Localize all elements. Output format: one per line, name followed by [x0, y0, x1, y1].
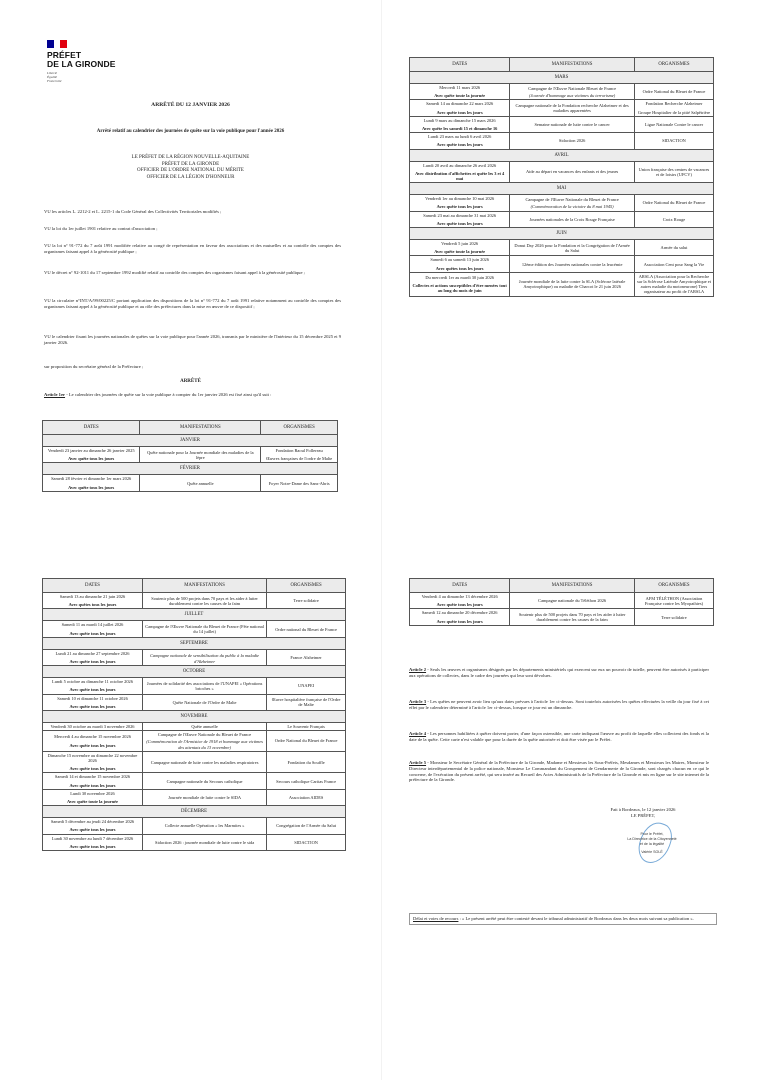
- month-label: JUIN: [410, 228, 714, 240]
- organisms-cell: Ordre National du Bleuet de France: [634, 195, 713, 211]
- month-label: JANVIER: [43, 435, 338, 447]
- column-header: MANIFESTATIONS: [142, 579, 266, 593]
- event-cell: Campagne de l'Œuvre Nationale du Bleuet …: [142, 621, 266, 637]
- event-cell: Quête nationale pour la Journée mondiale…: [140, 447, 261, 463]
- organisms-cell: Foyer Notre-Dame des Sans-Abris: [261, 475, 338, 491]
- article-5: Article 5 - Monsieur le Secrétaire Génér…: [409, 760, 709, 783]
- table-row: Samedi 23 mai au dimanche 31 mai 2026Ave…: [410, 211, 714, 227]
- table-row: Vendredi 1er au dimanche 10 mai 2026Avec…: [410, 195, 714, 211]
- event-cell: Journées nationales de la Croix Rouge Fr…: [510, 211, 635, 227]
- month-label: NOVEMBRE: [43, 711, 346, 723]
- table-row: Samedi 11 au mardi 14 juillet 2026Avec q…: [43, 621, 346, 637]
- column-header: ORGANISMES: [261, 421, 338, 435]
- date-cell: Samedi 10 et dimanche 11 octobre 2026Ave…: [43, 694, 143, 710]
- organisms-cell: SIDACTION: [634, 133, 713, 149]
- date-cell: Vendredi 23 janvier au dimanche 26 janvi…: [43, 447, 140, 463]
- date-cell: Samedi 13 au dimanche 21 juin 2026Avec q…: [43, 593, 143, 609]
- event-cell: Aide au départ en vacances des enfants e…: [510, 161, 635, 183]
- event-cell: 12ème édition des Journées nationales co…: [510, 256, 635, 272]
- date-cell: Lundi 20 avril au dimanche 26 avril 2026…: [410, 161, 510, 183]
- event-cell: Donut Day 2026 pour la Fondation et la C…: [510, 240, 635, 256]
- month-label: MAI: [410, 183, 714, 195]
- event-cell: Campagne nationale de la Fondation reche…: [510, 100, 635, 116]
- date-cell: Samedi 28 février et dimanche 1er mars 2…: [43, 475, 140, 491]
- month-label: DÉCEMBRE: [43, 806, 346, 818]
- date-cell: Vendredi 4 au dimanche 13 décembre 2026A…: [410, 593, 510, 609]
- motto: LibertéÉgalitéFraternité: [47, 71, 116, 83]
- arrete-heading: ARRÊTÉ: [0, 379, 381, 384]
- date-cell: Samedi 12 au dimanche 20 décembre 2026Av…: [410, 609, 510, 625]
- column-header: ORGANISMES: [634, 58, 713, 72]
- visa-4: VU le décret n° 92-1011 du 17 septembre …: [44, 270, 341, 276]
- proposal: sur proposition du secrétaire général de…: [44, 364, 341, 370]
- date-cell: Mercredi 11 mars 2026Avec quête toute la…: [410, 84, 510, 100]
- month-label: FÉVRIER: [43, 463, 338, 475]
- date-cell: Lundi 23 mars au lundi 6 avril 2026Avec …: [410, 133, 510, 149]
- table-row: Vendredi 4 au dimanche 13 décembre 2026A…: [410, 593, 714, 609]
- date-cell: Du mercredi 1er au mardi 30 juin 2026Col…: [410, 272, 510, 296]
- table-row: Du mercredi 1er au mardi 30 juin 2026Col…: [410, 272, 714, 296]
- table-header-row: DATESMANIFESTATIONSORGANISMES: [410, 58, 714, 72]
- table-row: Lundi 30 novembre 2026Avec quête toute l…: [43, 789, 346, 805]
- organisms-cell: ARSLA (Association pour la Recherche sur…: [634, 272, 713, 296]
- table-header-row: DATESMANIFESTATIONSORGANISMES: [410, 579, 714, 593]
- article-1: Article 1er - Le calendrier des journées…: [44, 392, 341, 398]
- month-label: AVRIL: [410, 149, 714, 161]
- event-cell: Quête annuelle: [140, 475, 261, 491]
- month-label: OCTOBRE: [43, 666, 346, 678]
- document-title: ARRÊTÉ DU 12 JANVIER 2026: [0, 102, 381, 108]
- date-cell: Samedi 14 et dimanche 15 novembre 2026Av…: [43, 773, 143, 789]
- month-row: JANVIER: [43, 435, 338, 447]
- event-cell: Campagne nationale de lutte contre les m…: [142, 751, 266, 773]
- table-row: Samedi 12 au dimanche 20 décembre 2026Av…: [410, 609, 714, 625]
- event-cell: Campagne de l'Œuvre Nationale Bleuet de …: [510, 84, 635, 100]
- table-header-row: DATESMANIFESTATIONSORGANISMES: [43, 579, 346, 593]
- authority-block: LE PRÉFET DE LA RÉGION NOUVELLE-AQUITAIN…: [0, 155, 381, 181]
- article-3: Article 3 - Les quêtes ne peuvent avoir …: [409, 699, 709, 711]
- column-header: DATES: [410, 579, 510, 593]
- organisms-cell: Fondation du Souffle: [267, 751, 346, 773]
- date-cell: Vendredi 5 juin 2026Avec quête toute la …: [410, 240, 510, 256]
- event-cell: Quête annuelle: [142, 723, 266, 731]
- date-cell: Vendredi 30 octobre au mardi 3 novembre …: [43, 723, 143, 731]
- date-cell: Mercredi 4 au dimanche 15 novembre 2026A…: [43, 731, 143, 752]
- column-header: MANIFESTATIONS: [510, 58, 635, 72]
- month-label: SEPTEMBRE: [43, 637, 346, 649]
- event-cell: Campagne de l'Œuvre Nationale du Bleuet …: [510, 195, 635, 211]
- table-row: Vendredi 23 janvier au dimanche 26 janvi…: [43, 447, 338, 463]
- event-cell: Collecte annuelle Opération « les Marmit…: [142, 818, 266, 834]
- column-header: DATES: [410, 58, 510, 72]
- date-cell: Lundi 9 mars au dimanche 15 mars 2026Ave…: [410, 116, 510, 132]
- event-cell: Campagne de l'Œuvre Nationale du Bleuet …: [142, 731, 266, 752]
- month-row: MAI: [410, 183, 714, 195]
- table-row: Samedi 28 février et dimanche 1er mars 2…: [43, 475, 338, 491]
- marianne-flag-icon: [47, 40, 67, 48]
- calendar-table-page-4: DATESMANIFESTATIONSORGANISMESVendredi 4 …: [409, 578, 714, 626]
- organisms-cell: Fondation Recherche AlzheimerGroupe Hosp…: [634, 100, 713, 116]
- event-cell: Quête Nationale de l'Ordre de Malte: [142, 694, 266, 710]
- organisms-cell: Croix Rouge: [634, 211, 713, 227]
- calendar-table-page-3: DATESMANIFESTATIONSORGANISMESSamedi 13 a…: [42, 578, 346, 851]
- signature-place-date: Fait à Bordeaux, le 12 janvier 2026 LE P…: [598, 807, 688, 818]
- table-row: Lundi 23 mars au lundi 6 avril 2026Avec …: [410, 133, 714, 149]
- organisms-cell: Ordre national du Bleuet de France: [267, 621, 346, 637]
- month-row: NOVEMBRE: [43, 711, 346, 723]
- column-header: ORGANISMES: [267, 579, 346, 593]
- organisms-cell: Ligue Nationale Contre le cancer: [634, 116, 713, 132]
- table-row: Vendredi 5 juin 2026Avec quête toute la …: [410, 240, 714, 256]
- organisms-cell: Association Cent pour Sang la Vie: [634, 256, 713, 272]
- date-cell: Samedi 23 mai au dimanche 31 mai 2026Ave…: [410, 211, 510, 227]
- organisms-cell: Congrégation de l'Armée du Salut: [267, 818, 346, 834]
- table-row: Samedi 10 et dimanche 11 octobre 2026Ave…: [43, 694, 346, 710]
- event-cell: Sidaction 2026: [510, 133, 635, 149]
- event-cell: Journée mondiale de lutte contre le SIDA: [142, 789, 266, 805]
- date-cell: Vendredi 1er au dimanche 10 mai 2026Avec…: [410, 195, 510, 211]
- date-cell: Lundi 5 octobre au dimanche 11 octobre 2…: [43, 678, 143, 694]
- visa-1: VU les articles L. 2212-2 et L. 2215-1 d…: [44, 209, 341, 215]
- table-row: Samedi 13 au dimanche 21 juin 2026Avec q…: [43, 593, 346, 609]
- month-row: DÉCEMBRE: [43, 806, 346, 818]
- event-cell: Soutenir plus de 500 projets dans 70 pay…: [510, 609, 635, 625]
- document-subtitle: Arrêté relatif au calendrier des journée…: [0, 129, 381, 134]
- date-cell: Samedi 5 décembre au jeudi 24 décembre 2…: [43, 818, 143, 834]
- organisms-cell: SIDACTION: [267, 834, 346, 850]
- organisms-cell: Armée du salut: [634, 240, 713, 256]
- table-row: Mercredi 11 mars 2026Avec quête toute la…: [410, 84, 714, 100]
- date-cell: Samedi 6 au samedi 13 juin 2026Avec quêt…: [410, 256, 510, 272]
- table-row: Lundi 21 au dimanche 27 septembre 2026Av…: [43, 649, 346, 665]
- table-row: Lundi 20 avril au dimanche 26 avril 2026…: [410, 161, 714, 183]
- month-row: OCTOBRE: [43, 666, 346, 678]
- organisms-cell: France Alzheimer: [267, 649, 346, 665]
- signature-block: Pour le Préfet,La Directrice de la Citoy…: [612, 832, 692, 855]
- event-cell: Semaine nationale de lutte contre le can…: [510, 116, 635, 132]
- event-cell: Campagne nationale de sensibilisation du…: [142, 649, 266, 665]
- article-2: Article 2 - Seuls les œuvres et organism…: [409, 667, 709, 679]
- table-row: Lundi 30 novembre au lundi 7 décembre 20…: [43, 834, 346, 850]
- month-row: FÉVRIER: [43, 463, 338, 475]
- table-row: Samedi 5 décembre au jeudi 24 décembre 2…: [43, 818, 346, 834]
- table-row: Lundi 5 octobre au dimanche 11 octobre 2…: [43, 678, 346, 694]
- table-row: Vendredi 30 octobre au mardi 3 novembre …: [43, 723, 346, 731]
- event-cell: Journées de solidarité des associations …: [142, 678, 266, 694]
- month-label: MARS: [410, 72, 714, 84]
- column-header: DATES: [43, 421, 140, 435]
- organisms-cell: Terre solidaire: [634, 609, 713, 625]
- table-header-row: DATESMANIFESTATIONSORGANISMES: [43, 421, 338, 435]
- organisms-cell: UNAPEI: [267, 678, 346, 694]
- organisms-cell: Union française des centres de vacances …: [634, 161, 713, 183]
- event-cell: Journée mondiale de la lutte contre la S…: [510, 272, 635, 296]
- date-cell: Lundi 30 novembre au lundi 7 décembre 20…: [43, 834, 143, 850]
- organisms-cell: Secours catholique Caritas France: [267, 773, 346, 789]
- month-row: MARS: [410, 72, 714, 84]
- organisms-cell: Le Souvenir Français: [267, 723, 346, 731]
- date-cell: Samedi 14 au dimanche 22 mars 2026Avec q…: [410, 100, 510, 116]
- month-row: JUIN: [410, 228, 714, 240]
- column-header: DATES: [43, 579, 143, 593]
- event-cell: Campagne nationale du Téléthon 2026: [510, 593, 635, 609]
- date-cell: Samedi 11 au mardi 14 juillet 2026Avec q…: [43, 621, 143, 637]
- logo-line-2: DE LA GIRONDE: [47, 60, 116, 69]
- organisms-cell: Fondation Raoul FollereauŒuvres français…: [261, 447, 338, 463]
- table-row: Samedi 14 au dimanche 22 mars 2026Avec q…: [410, 100, 714, 116]
- table-row: Dimanche 15 novembre au dimanche 22 nove…: [43, 751, 346, 773]
- organisms-cell: Œuvre hospitalière française de l'Ordre …: [267, 694, 346, 710]
- organisms-cell: Ordre National du Bleuet de France: [267, 731, 346, 752]
- visa-2: VU la loi du 1er juillet 1901 relative a…: [44, 226, 341, 232]
- prefecture-logo: PRÉFET DE LA GIRONDE LibertéÉgalitéFrate…: [47, 40, 116, 83]
- visa-6: VU le calendrier fixant les journées nat…: [44, 334, 341, 346]
- organisms-cell: Terre solidaire: [267, 593, 346, 609]
- visa-3: VU la loi n° 91-772 du 7 août 1991 modif…: [44, 243, 341, 255]
- visa-5: VU la circulaire n°INT/A/99/00225/C port…: [44, 298, 341, 310]
- event-cell: Campagne nationale du Secours catholique: [142, 773, 266, 789]
- month-row: JUILLET: [43, 609, 346, 621]
- table-row: Samedi 14 et dimanche 15 novembre 2026Av…: [43, 773, 346, 789]
- table-row: Lundi 9 mars au dimanche 15 mars 2026Ave…: [410, 116, 714, 132]
- recours-box: Délai et voies de recours : « Le présent…: [409, 913, 717, 925]
- month-row: AVRIL: [410, 149, 714, 161]
- month-row: SEPTEMBRE: [43, 637, 346, 649]
- column-header: MANIFESTATIONS: [510, 579, 635, 593]
- event-cell: Soutenir plus de 500 projets dans 70 pay…: [142, 593, 266, 609]
- date-cell: Lundi 21 au dimanche 27 septembre 2026Av…: [43, 649, 143, 665]
- column-header: ORGANISMES: [634, 579, 713, 593]
- calendar-table-page-2: DATESMANIFESTATIONSORGANISMESMARSMercred…: [409, 57, 714, 297]
- table-row: Samedi 6 au samedi 13 juin 2026Avec quêt…: [410, 256, 714, 272]
- date-cell: Lundi 30 novembre 2026Avec quête toute l…: [43, 789, 143, 805]
- organisms-cell: AFM TÉLÉTHON (Association Française cont…: [634, 593, 713, 609]
- organisms-cell: Ordre National du Bleuet de France: [634, 84, 713, 100]
- table-row: Mercredi 4 au dimanche 15 novembre 2026A…: [43, 731, 346, 752]
- organisms-cell: Association AIDES: [267, 789, 346, 805]
- column-header: MANIFESTATIONS: [140, 421, 261, 435]
- month-label: JUILLET: [43, 609, 346, 621]
- date-cell: Dimanche 15 novembre au dimanche 22 nove…: [43, 751, 143, 773]
- event-cell: Sidaction 2026 : journée mondiale de lut…: [142, 834, 266, 850]
- calendar-table-page-1: DATESMANIFESTATIONSORGANISMESJANVIERVend…: [42, 420, 338, 492]
- article-4: Article 4 - Les personnes habilitées à q…: [409, 731, 709, 743]
